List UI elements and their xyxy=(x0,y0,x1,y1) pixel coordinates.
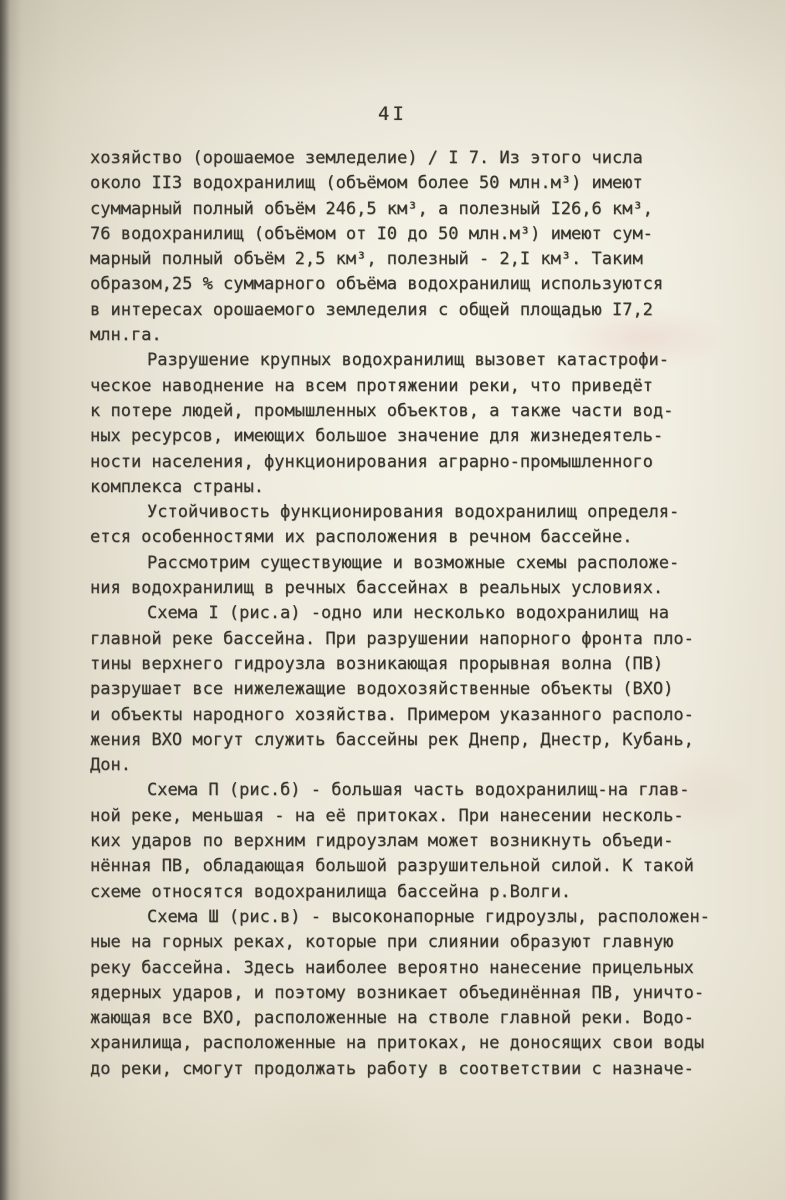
text-line: Разрушение крупных водохранилищ вызовет … xyxy=(90,348,730,373)
scanned-page: 4I хозяйство (орошаемое земледелие) / I … xyxy=(0,0,785,1200)
text-line: Схема I (рис.а) -одно или несколько водо… xyxy=(90,601,730,626)
text-block: хозяйство (орошаемое земледелие) / I 7. … xyxy=(90,146,730,1082)
text-line: ной реке, меньшая - на её притоках. При … xyxy=(90,804,730,829)
text-line: хозяйство (орошаемое земледелие) / I 7. … xyxy=(90,146,730,171)
text-line: до реки, смогут продолжать работу в соот… xyxy=(90,1057,730,1082)
text-line: Схема Ш (рис.в) - высоконапорные гидроуз… xyxy=(90,905,730,930)
text-line: образом,25 % суммарного объёма водохрани… xyxy=(90,272,730,297)
text-line: млн.га. xyxy=(90,323,730,348)
text-line: ния водохранилищ в речных бассейнах в ре… xyxy=(90,576,730,601)
text-line: Дон. xyxy=(90,753,730,778)
text-line: реку бассейна. Здесь наиболее вероятно н… xyxy=(90,956,730,981)
text-line: нённая ПВ, обладающая большой разрушител… xyxy=(90,854,730,879)
text-line: и объекты народного хозяйства. Примером … xyxy=(90,703,730,728)
text-line: ядерных ударов, и поэтому возникает объе… xyxy=(90,981,730,1006)
text-line: хранилища, расположенные на притоках, не… xyxy=(90,1031,730,1056)
text-line: суммарный полный объём 246,5 км³, а поле… xyxy=(90,197,730,222)
paragraph: Устойчивость функционирования водохранил… xyxy=(90,500,730,551)
page-number: 4I xyxy=(0,103,785,125)
paragraph: Схема П (рис.б) - большая часть водохран… xyxy=(90,778,730,904)
text-line: к потере людей, промышленных объектов, а… xyxy=(90,399,730,424)
text-line: марный полный объём 2,5 км³, полезный - … xyxy=(90,247,730,272)
text-line: в интересах орошаемого земледелия с обще… xyxy=(90,298,730,323)
text-line: разрушает все нижележащие водохозяйствен… xyxy=(90,677,730,702)
text-line: ности населения, функционирования аграрн… xyxy=(90,450,730,475)
text-line: жения ВХО могут служить бассейны рек Дне… xyxy=(90,728,730,753)
paragraph: Схема I (рис.а) -одно или несколько водо… xyxy=(90,601,730,778)
text-line: схеме относятся водохранилища бассейна р… xyxy=(90,880,730,905)
text-line: ные на горных реках, которые при слиянии… xyxy=(90,930,730,955)
text-line: комплекса страны. xyxy=(90,475,730,500)
text-line: Рассмотрим существующие и возможные схем… xyxy=(90,551,730,576)
paragraph: Рассмотрим существующие и возможные схем… xyxy=(90,551,730,602)
text-line: ных ресурсов, имеющих большое значение д… xyxy=(90,424,730,449)
text-line: жающая все ВХО, расположенные на стволе … xyxy=(90,1006,730,1031)
text-line: около II3 водохранилищ (объёмом более 50… xyxy=(90,171,730,196)
text-line: главной реке бассейна. При разрушении на… xyxy=(90,627,730,652)
text-line: тины верхнего гидроузла возникающая прор… xyxy=(90,652,730,677)
text-line: Устойчивость функционирования водохранил… xyxy=(90,500,730,525)
paragraph: Разрушение крупных водохранилищ вызовет … xyxy=(90,348,730,500)
paragraph: Схема Ш (рис.в) - высоконапорные гидроуз… xyxy=(90,905,730,1082)
paragraph: хозяйство (орошаемое земледелие) / I 7. … xyxy=(90,146,730,348)
text-line: 76 водохранилищ (объёмом от I0 до 50 млн… xyxy=(90,222,730,247)
text-line: ческое наводнение на всем протяжении рек… xyxy=(90,374,730,399)
text-line: ется особенностями их расположения в реч… xyxy=(90,525,730,550)
text-line: ких ударов по верхним гидроузлам может в… xyxy=(90,829,730,854)
text-line: Схема П (рис.б) - большая часть водохран… xyxy=(90,778,730,803)
